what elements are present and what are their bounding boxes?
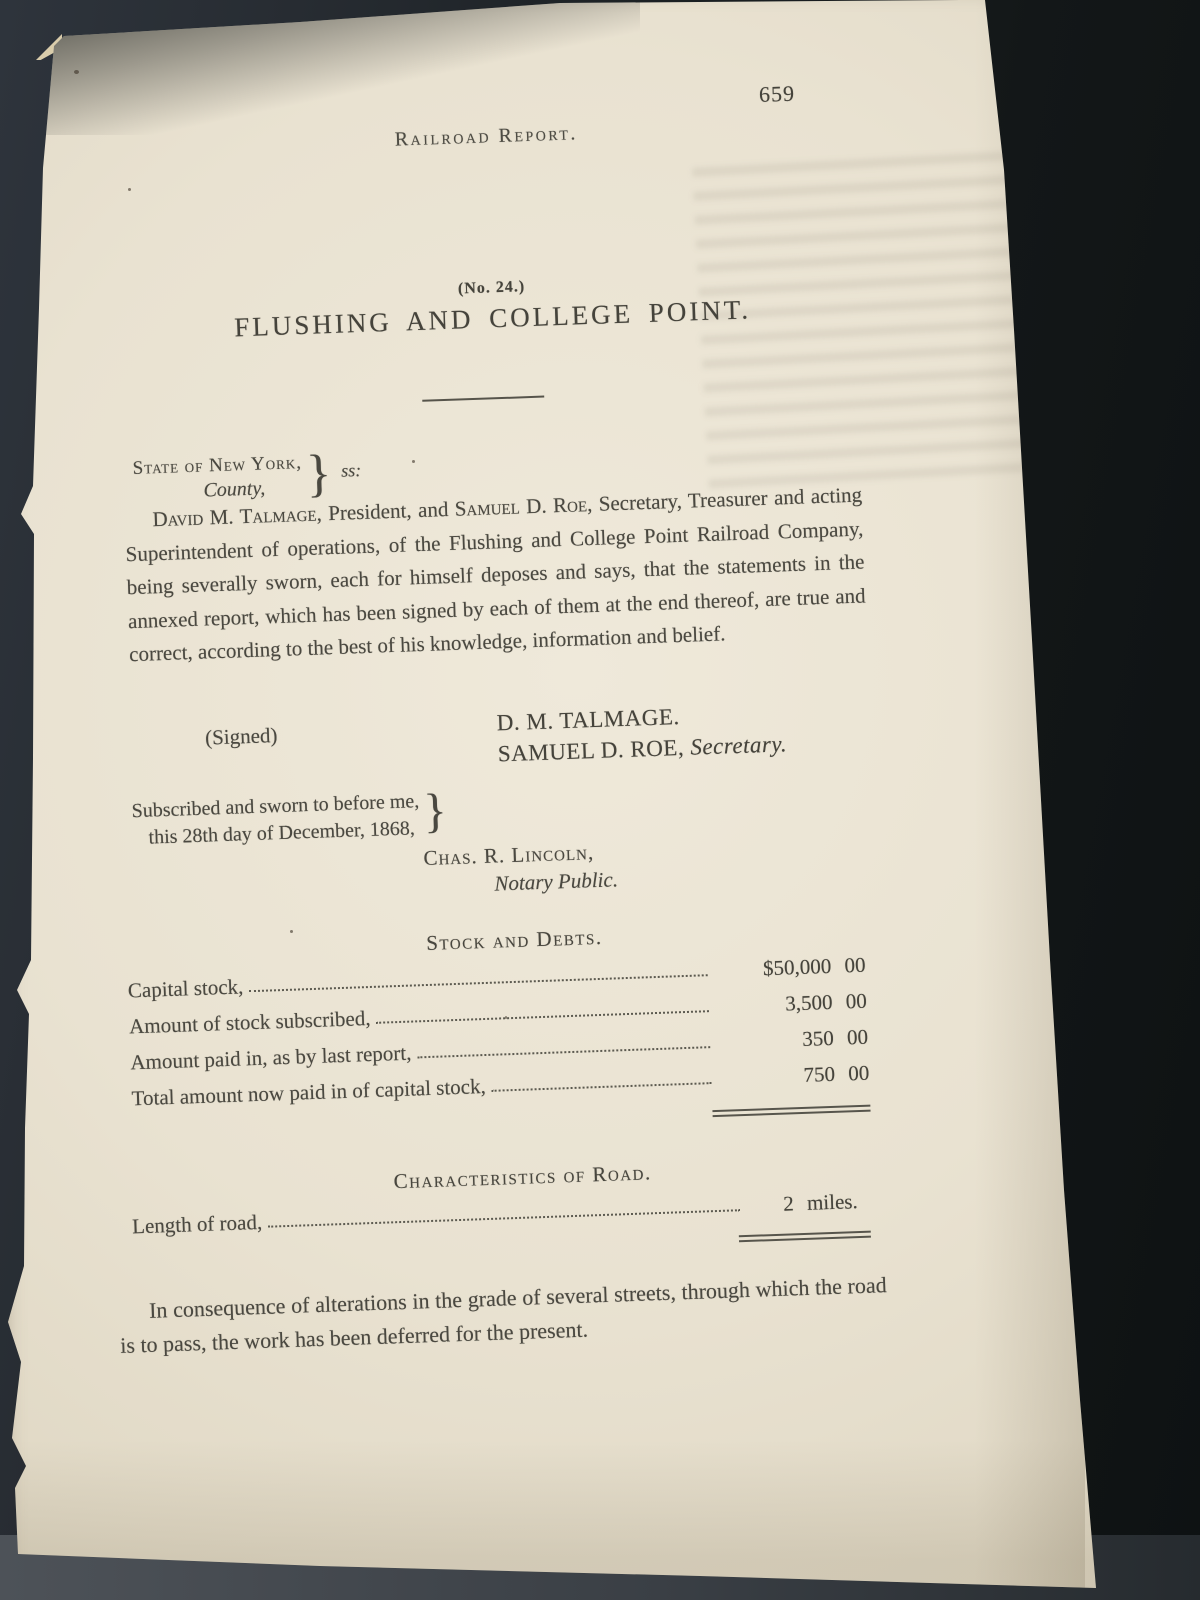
dotted-leader: [249, 974, 707, 992]
brace-glyph: }: [423, 787, 448, 836]
row-label: Capital stock,: [127, 974, 243, 1003]
dotted-leader: [492, 1082, 712, 1092]
page-number: 659: [759, 81, 796, 108]
closing-paragraph: In consequence of alterations in the gra…: [119, 1268, 889, 1363]
stock-table: Capital stock, $50,000 00 Amount of stoc…: [127, 953, 870, 1123]
printed-content: 659 Railroad Report. (No. 24.) FLUSHING …: [65, 71, 956, 1569]
signature-block: (Signed) D. M. TALMAGE. SAMUEL D. ROE, S…: [86, 692, 928, 791]
dotted-leader: [377, 1010, 709, 1024]
jurat-lines: State of New York, County,: [132, 450, 303, 506]
photo-background: 659 Railroad Report. (No. 24.) FLUSHING …: [0, 0, 1200, 1600]
brace-glyph: }: [305, 449, 332, 500]
row-amount: 750 00: [719, 1061, 870, 1091]
signature-roe-title: Secretary.: [690, 731, 788, 759]
signature-roe-name: SAMUEL D. ROE,: [497, 735, 684, 766]
double-rule: [739, 1231, 871, 1243]
notary-attestation: Subscribed and sworn to before me, this …: [131, 787, 447, 852]
deponent-name-1: David M. Talmage: [152, 502, 317, 532]
row-label: Amount of stock subscribed,: [129, 1006, 371, 1039]
running-header: Railroad Report.: [66, 111, 906, 163]
attestation-lines: Subscribed and sworn to before me, this …: [131, 788, 420, 852]
paper-speck: [74, 70, 79, 74]
document-page: 659 Railroad Report. (No. 24.) FLUSHING …: [0, 0, 1200, 1600]
jurat-ss: ss:: [341, 460, 362, 482]
signed-label: (Signed): [205, 723, 278, 751]
title-divider: [422, 396, 544, 402]
notary-title: Notary Public.: [494, 867, 618, 896]
affidavit-text: , President, and: [316, 497, 455, 526]
affidavit-paragraph: David M. Talmage, President, and Samuel …: [124, 479, 867, 672]
row-label: Length of road,: [132, 1210, 263, 1240]
notary-name: Chas. R. Lincoln,: [423, 840, 595, 871]
dotted-leader: [417, 1046, 710, 1058]
row-label: Total amount now paid in of capital stoc…: [131, 1074, 486, 1111]
row-amount: 2 miles.: [747, 1189, 858, 1218]
signature-names: D. M. TALMAGE. SAMUEL D. ROE, Secretary.: [496, 697, 787, 769]
row-amount: $50,000 00: [715, 953, 866, 983]
row-label: Amount paid in, as by last report,: [130, 1041, 412, 1076]
double-rule: [712, 1105, 870, 1118]
deponent-name-2: Samuel D. Roe: [454, 492, 587, 521]
dotted-leader: [268, 1209, 740, 1227]
row-amount: 350 00: [718, 1025, 869, 1055]
row-amount: 3,500 00: [716, 989, 867, 1019]
